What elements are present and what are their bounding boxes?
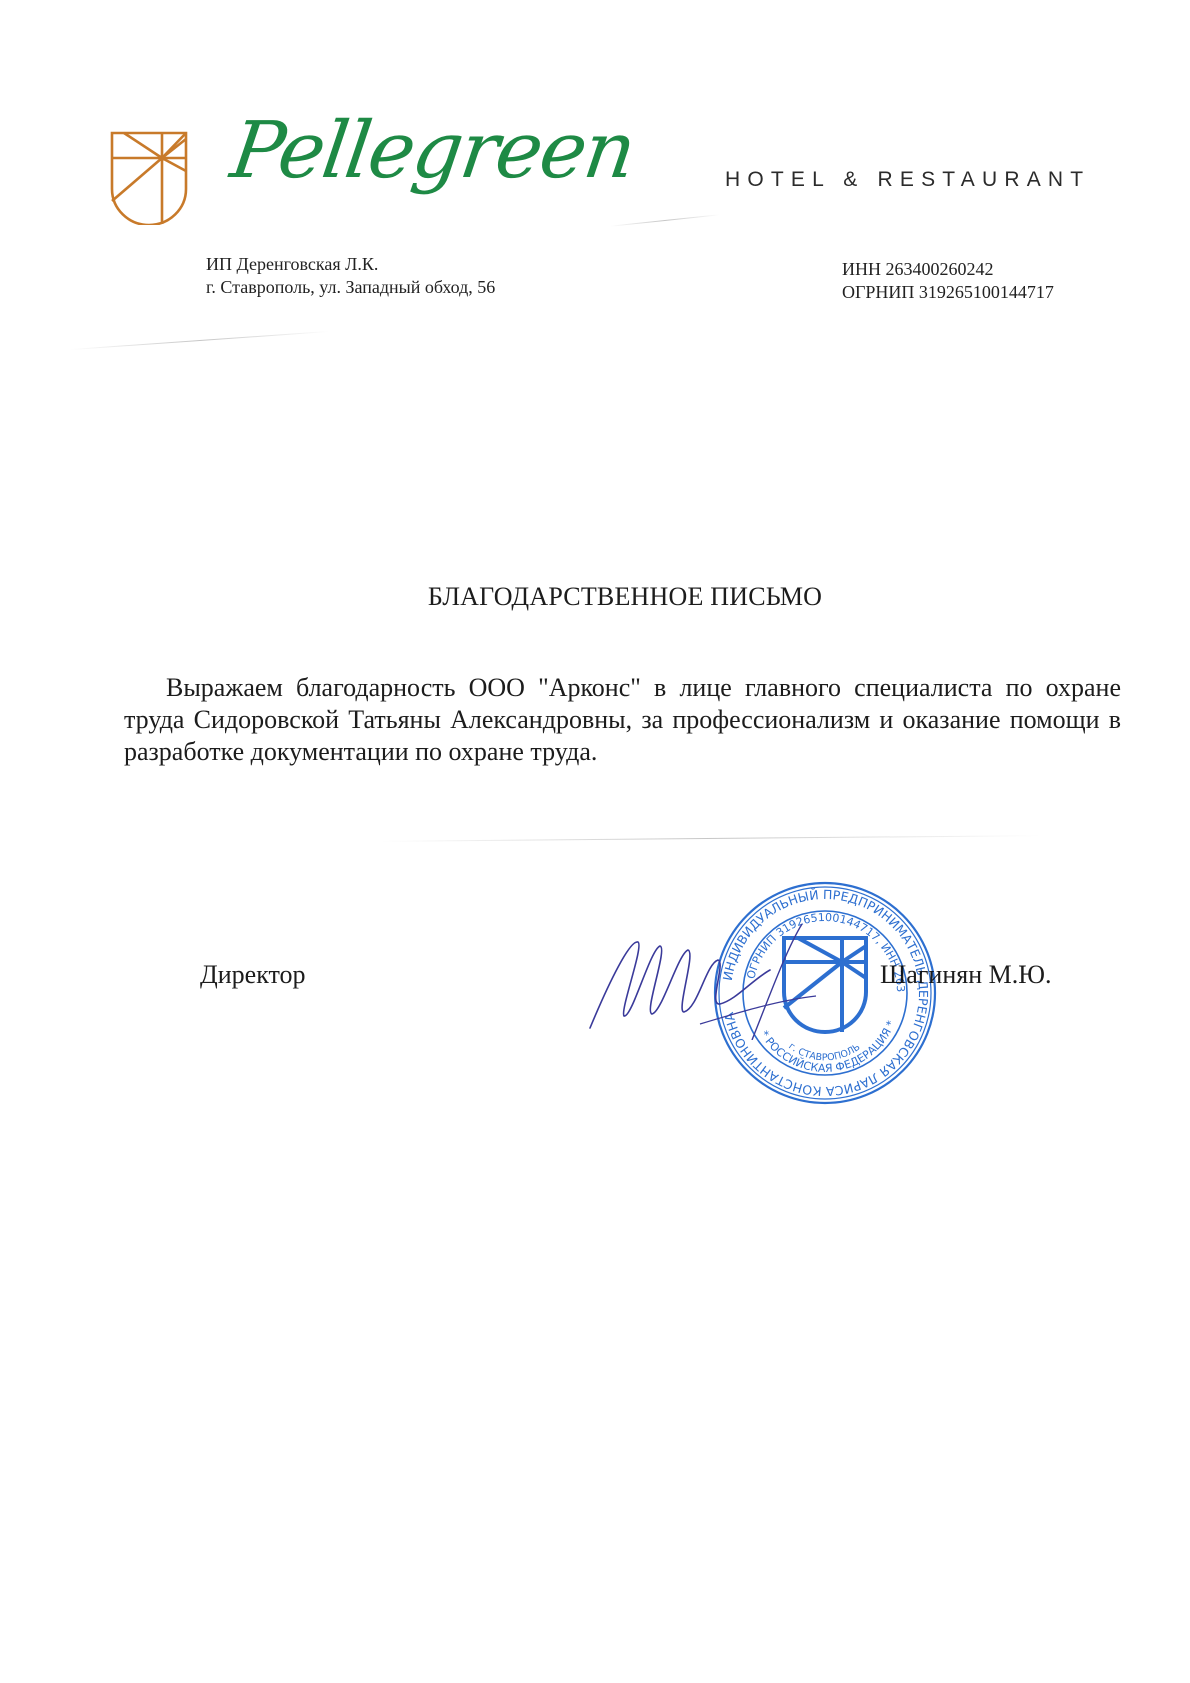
- brand-wordmark: Pellegreen: [227, 112, 639, 190]
- scan-artifact: [70, 331, 329, 350]
- brand-tagline: HOTEL & RESTAURANT: [725, 168, 1090, 192]
- entity-name: ИП Деренговская Л.К.: [206, 253, 495, 276]
- entity-address: г. Ставрополь, ул. Западный обход, 56: [206, 276, 495, 299]
- shield-sunburst-icon: [110, 131, 188, 225]
- document-title: БЛАГОДАРСТВЕННОЕ ПИСЬМО: [0, 582, 1190, 612]
- entity-details: ИП Деренговская Л.К. г. Ставрополь, ул. …: [206, 253, 495, 299]
- scan-artifact: [380, 835, 1040, 842]
- scan-artifact: [610, 214, 720, 226]
- entity-registration: ИНН 263400260242 ОГРНИП 319265100144717: [842, 258, 1054, 304]
- document-body: Выражаем благодарность ООО "Арконс" в ли…: [124, 672, 1121, 768]
- handwritten-signature: [580, 920, 820, 1040]
- inn-number: ИНН 263400260242: [842, 258, 1054, 281]
- ogrnip-number: ОГРНИП 319265100144717: [842, 281, 1054, 304]
- signatory-role: Директор: [200, 960, 306, 990]
